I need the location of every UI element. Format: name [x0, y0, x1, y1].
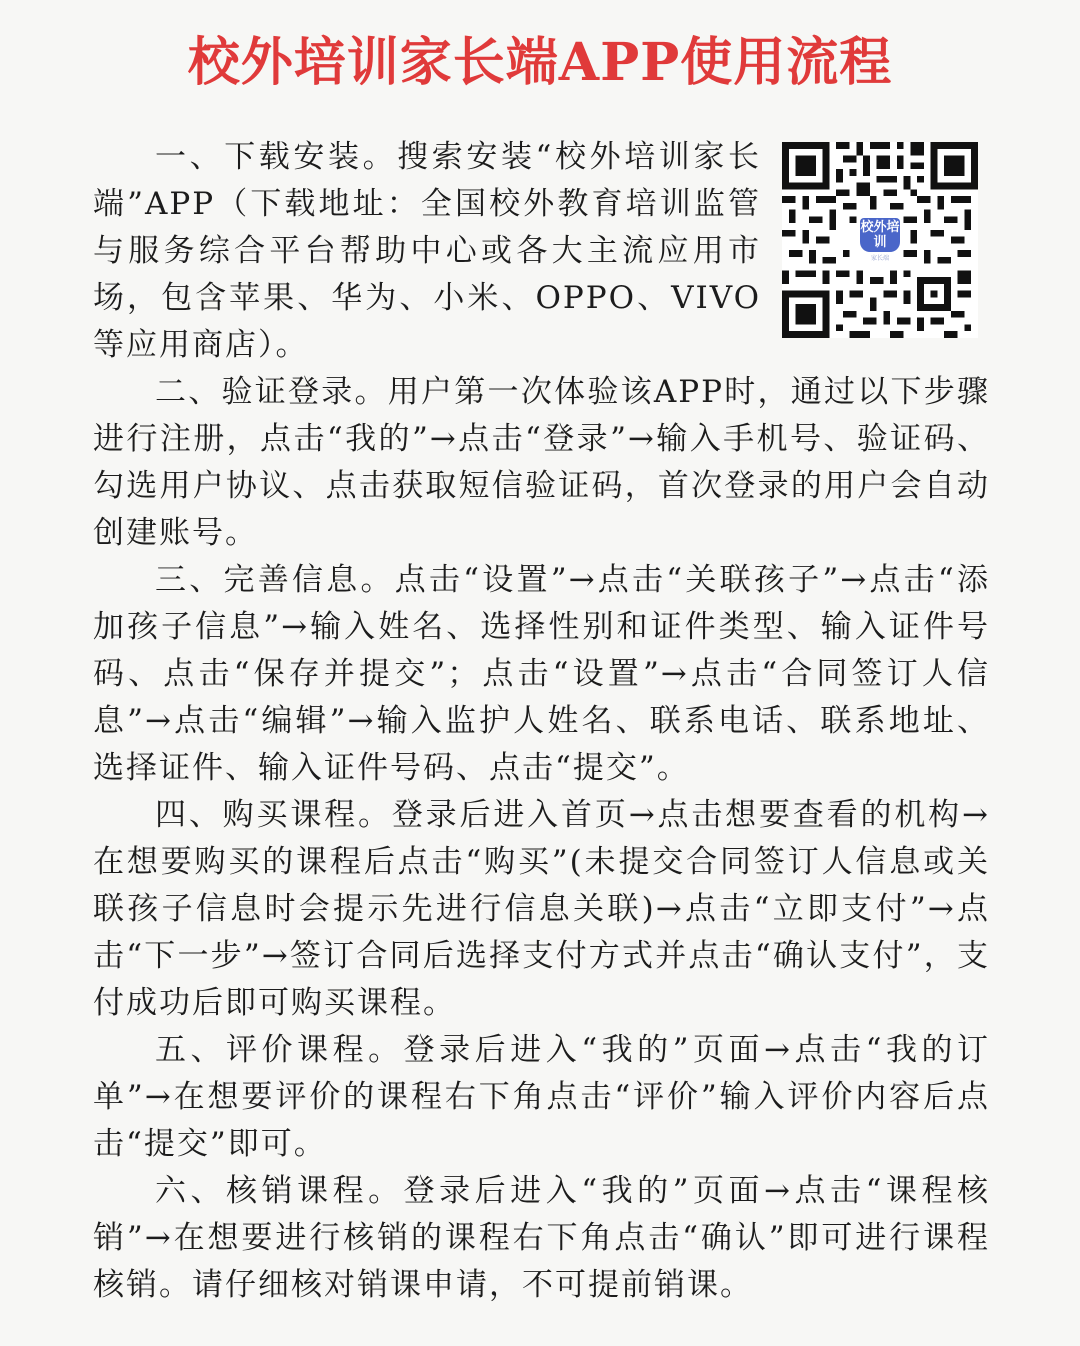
page-title: 校外培训家长端APP使用流程 — [0, 28, 1080, 98]
section-purchase-course: 四、购买课程。登录后进入首页→点击想要查看的机构→在想要购买的课程后点击“购买”… — [93, 792, 990, 1027]
section-rate-course: 五、评价课程。登录后进入“我的”页面→点击“我的订单”→在想要评价的课程右下角点… — [93, 1027, 990, 1168]
section-verify-login: 二、验证登录。用户第一次体验该APP时，通过以下步骤进行注册，点击“我的”→点击… — [93, 369, 990, 557]
instructions-body: 一、下载安装。搜索安装“校外培训家长端”APP（下载地址：全国校外教育培训监管与… — [93, 134, 990, 1309]
section-complete-info: 三、完善信息。点击“设置”→点击“关联孩子”→点击“添加孩子信息”→输入姓名、选… — [93, 557, 990, 792]
section-redeem-course: 六、核销课程。登录后进入“我的”页面→点击“课程核销”→在想要进行核销的课程右下… — [93, 1168, 990, 1309]
section-download-install: 一、下载安装。搜索安装“校外培训家长端”APP（下载地址：全国校外教育培训监管与… — [93, 134, 761, 369]
